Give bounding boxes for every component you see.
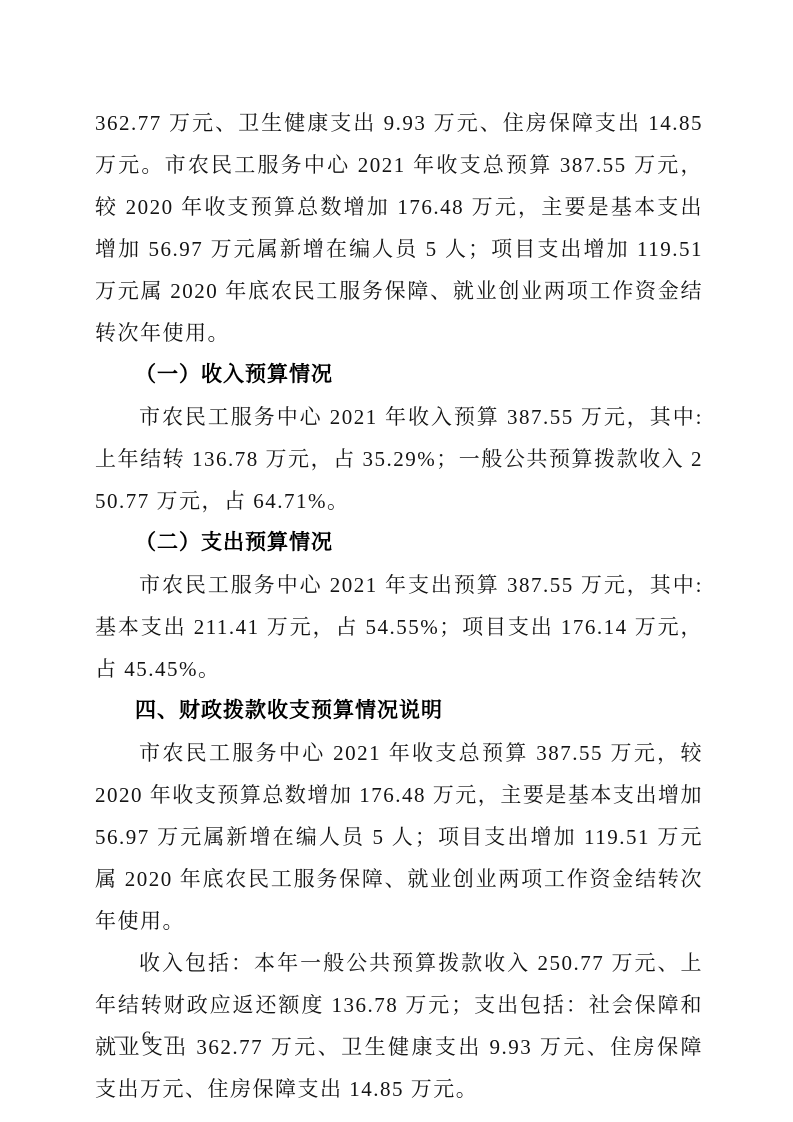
paragraph-continuation: 362.77 万元、卫生健康支出 9.93 万元、住房保障支出 14.85 万元… [95, 102, 703, 354]
heading-expenditure-budget: （二）支出预算情况 [95, 522, 703, 564]
heading-fiscal-appropriation-explanation: 四、财政拨款收支预算情况说明 [95, 690, 703, 732]
document-body: 362.77 万元、卫生健康支出 9.93 万元、住房保障支出 14.85 万元… [95, 102, 703, 1110]
heading-income-budget: （一）收入预算情况 [95, 354, 703, 396]
paragraph-income-expenditure-detail: 收入包括：本年一般公共预算拨款收入 250.77 万元、上年结转财政应返还额度 … [95, 942, 703, 1110]
paragraph-expenditure-budget: 市农民工服务中心 2021 年支出预算 387.55 万元，其中: 基本支出 2… [95, 564, 703, 690]
page: 362.77 万元、卫生健康支出 9.93 万元、住房保障支出 14.85 万元… [0, 0, 793, 1122]
paragraph-income-budget: 市农民工服务中心 2021 年收入预算 387.55 万元，其中: 上年结转 1… [95, 396, 703, 522]
document-page: { "page": { "background_color": "#ffffff… [0, 0, 793, 1122]
page-number: － 6 － [112, 1027, 184, 1051]
paragraph-fiscal-total-budget: 市农民工服务中心 2021 年收支总预算 387.55 万元，较 2020 年收… [95, 732, 703, 942]
